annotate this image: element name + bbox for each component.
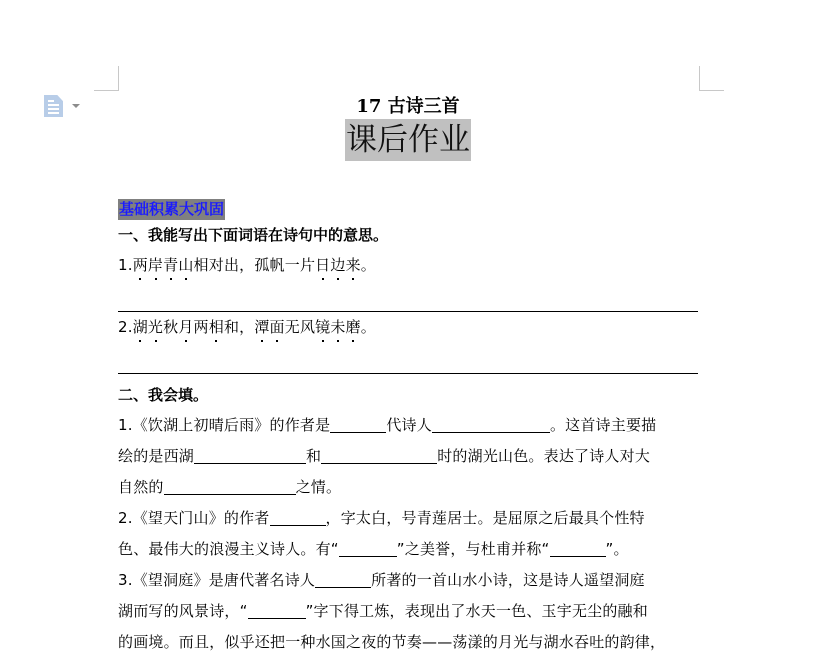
blank-dynasty[interactable] <box>330 415 386 433</box>
document-page: 17 古诗三首 课后作业 基础积累大巩固 一、我能写出下面词语在诗句中的意思。 … <box>118 94 698 658</box>
blank-joint-title[interactable] <box>550 539 606 557</box>
poem-char: 出 <box>224 256 239 274</box>
document-title: 17 古诗三首 <box>118 94 698 120</box>
q2-p1-line-1: 1.《饮湖上初晴后雨》的作者是代诗人。这首诗主要描 <box>118 410 698 441</box>
text: ”之美誉，与杜甫并称“ <box>397 540 550 558</box>
q2-p3-line-2: 湖而写的风景诗，“”字下得工炼，表现出了水天一色、玉宇无尘的融和 <box>118 596 698 627</box>
poem-char: 帆 <box>270 256 285 274</box>
blank-title[interactable] <box>339 539 397 557</box>
blank-poet[interactable] <box>432 415 550 433</box>
poem-char: 。 <box>361 318 376 336</box>
emphasized-char: 磨 <box>346 312 361 343</box>
icon-line <box>48 112 59 114</box>
text: 时的湖光山色。表达了诗人对大 <box>437 447 650 465</box>
item-number: 2. <box>118 318 133 336</box>
section-tag: 基础积累大巩固 <box>118 199 225 220</box>
margin-corner-top-left <box>94 66 119 91</box>
q2-p1-line-2: 绘的是西湖和时的湖光山色。表达了诗人对大 <box>118 441 698 472</box>
blank-feeling[interactable] <box>164 477 296 495</box>
document-subtitle: 课后作业 <box>345 119 471 161</box>
text: 的画境。而且，似乎还把一种水国之夜的节奏——荡漾的月光与湖水吞吐的韵律， <box>118 633 665 651</box>
q2-p1-line-3: 自然的之情。 <box>118 472 698 503</box>
question-2-heading: 二、我会填。 <box>118 380 698 410</box>
answer-line[interactable] <box>118 281 698 312</box>
icon-line <box>48 104 59 106</box>
text: 和 <box>306 447 321 465</box>
text: 自然的 <box>118 478 164 496</box>
document-canvas: 17 古诗三首 课后作业 基础积累大巩固 一、我能写出下面词语在诗句中的意思。 … <box>0 0 818 661</box>
q1-item-2: 2.湖光秋月两相和，潭面无风镜未磨。 <box>118 312 698 343</box>
subtitle-wrap: 课后作业 <box>118 119 698 163</box>
emphasized-char: 青 <box>163 250 178 281</box>
text: 绘的是西湖 <box>118 447 194 465</box>
icon-line <box>48 100 54 102</box>
blank-poet-name[interactable] <box>315 570 371 588</box>
poem-char: 和 <box>224 318 239 336</box>
document-options-button[interactable] <box>44 95 64 117</box>
poem-char: 无 <box>285 318 300 336</box>
poem-char: 两 <box>194 318 209 336</box>
poem-char: 孤 <box>254 256 269 274</box>
emphasized-char: 月 <box>178 312 193 343</box>
emphasized-char: 湖 <box>133 312 148 343</box>
item-number: 1. <box>118 256 133 274</box>
question-1-heading: 一、我能写出下面词语在诗句中的意思。 <box>118 220 698 250</box>
answer-line[interactable] <box>118 343 698 374</box>
poem-char: 对 <box>209 256 224 274</box>
poem-char: 风 <box>300 318 315 336</box>
emphasized-char: 面 <box>270 312 285 343</box>
poem-char: ， <box>239 318 254 336</box>
icon-line <box>48 108 59 110</box>
blank-author[interactable] <box>270 508 326 526</box>
chevron-down-icon[interactable] <box>72 104 80 108</box>
text: ，字太白，号青莲居士。是屈原之后最具个性特 <box>326 509 645 527</box>
text: 所著的一首山水小诗，这是诗人遥望洞庭 <box>371 571 645 589</box>
blank-key-word[interactable] <box>248 601 306 619</box>
emphasized-char: 日 <box>315 250 330 281</box>
text: 色、最伟大的浪漫主义诗人。有“ <box>118 540 339 558</box>
margin-corner-top-right <box>699 66 724 91</box>
q2-p3-line-3: 的画境。而且，似乎还把一种水国之夜的节奏——荡漾的月光与湖水吞吐的韵律， <box>118 627 698 658</box>
q2-p2-line-1: 2.《望天门山》的作者，字太白，号青莲居士。是屈原之后最具个性特 <box>118 503 698 534</box>
poem-char: 片 <box>300 256 315 274</box>
text: ”。 <box>606 540 629 558</box>
poem-char: 相 <box>194 256 209 274</box>
text: 3.《望洞庭》是唐代著名诗人 <box>118 571 315 589</box>
text: 之情。 <box>296 478 342 496</box>
blank-weather-1[interactable] <box>194 446 306 464</box>
q1-item-1: 1.两岸青山相对出，孤帆一片日边来。 <box>118 250 698 281</box>
text: 代诗人 <box>386 416 432 434</box>
emphasized-char: 相 <box>209 312 224 343</box>
emphasized-char: 两 <box>133 250 148 281</box>
poem-char: 。 <box>361 256 376 274</box>
text: 。这首诗主要描 <box>550 416 656 434</box>
poem-char: 秋 <box>163 318 178 336</box>
poem-char: 一 <box>285 256 300 274</box>
emphasized-char: 岸 <box>148 250 163 281</box>
text: 湖而写的风景诗，“ <box>118 602 248 620</box>
q2-p3-line-1: 3.《望洞庭》是唐代著名诗人所著的一首山水小诗，这是诗人遥望洞庭 <box>118 565 698 596</box>
q2-p2-line-2: 色、最伟大的浪漫主义诗人。有“”之美誉，与杜甫并称“”。 <box>118 534 698 565</box>
emphasized-char: 镜 <box>315 312 330 343</box>
emphasized-char: 光 <box>148 312 163 343</box>
text: ”字下得工炼，表现出了水天一色、玉宇无尘的融和 <box>306 602 648 620</box>
emphasized-char: 来 <box>346 250 361 281</box>
text: 1.《饮湖上初晴后雨》的作者是 <box>118 416 330 434</box>
emphasized-char: 山 <box>178 250 193 281</box>
emphasized-char: 潭 <box>254 312 269 343</box>
poem-char: ， <box>239 256 254 274</box>
blank-weather-2[interactable] <box>321 446 437 464</box>
emphasized-char: 未 <box>330 312 345 343</box>
text: 2.《望天门山》的作者 <box>118 509 270 527</box>
emphasized-char: 边 <box>330 250 345 281</box>
